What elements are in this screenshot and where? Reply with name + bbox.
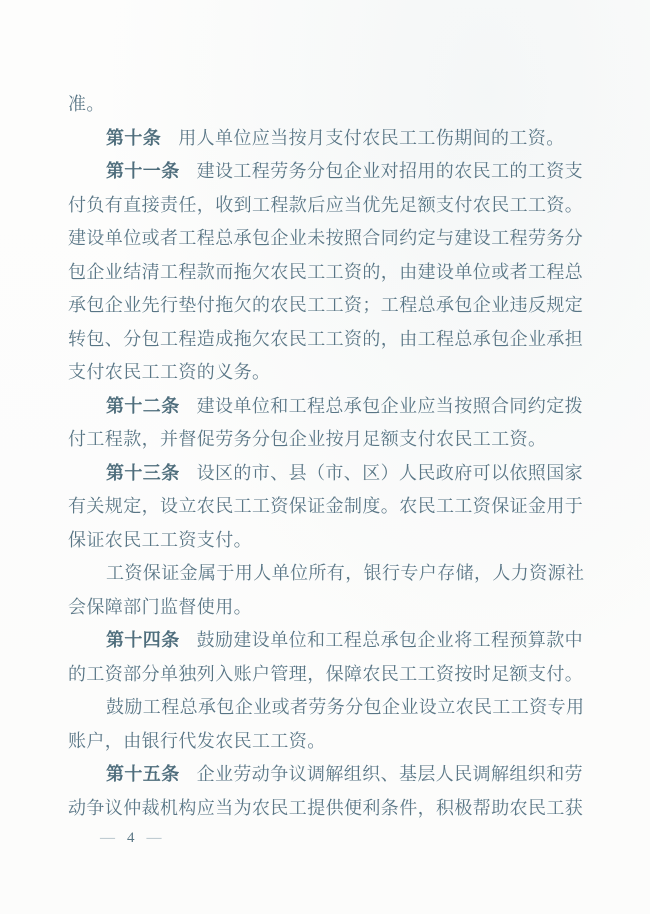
article-15-line: 第十五条企业劳动争议调解组织、基层人民调解组织和劳 xyxy=(68,758,584,792)
line-text: 鼓励建设单位和工程总承包企业将工程预算款中 xyxy=(197,630,583,650)
page-number: —4— xyxy=(100,830,162,847)
article-12-line: 第十二条建设单位和工程总承包企业应当按照合同约定拨 xyxy=(68,390,584,424)
text-line: 付工程款，并督促劳务分包企业按月足额支付农民工工资。 xyxy=(68,423,584,457)
article-13-line: 第十三条设区的市、县（市、区）人民政府可以依照国家 xyxy=(68,457,584,491)
text-line: 鼓励工程总承包企业或者劳务分包企业设立农民工工资专用 xyxy=(68,691,584,725)
line-text: 建设单位或者工程总承包企业未按照合同约定与建设工程劳务分 xyxy=(68,228,583,248)
text-line: 账户，由银行代发农民工工资。 xyxy=(68,725,584,759)
line-text: 有关规定，设立农民工工资保证金制度。农民工工资保证金用于 xyxy=(68,496,583,516)
text-line: 保证农民工工资支付。 xyxy=(68,524,584,558)
text-line: 会保障部门监督使用。 xyxy=(68,591,584,625)
text-line: 准。 xyxy=(68,88,584,122)
line-text: 包企业结清工程款而拖欠农民工工资的，由建设单位或者工程总 xyxy=(68,262,583,282)
article-number: 第十二条 xyxy=(106,396,180,416)
text-line: 转包、分包工程造成拖欠农民工工资的，由工程总承包企业承担 xyxy=(68,323,584,357)
line-text: 建设单位和工程总承包企业应当按照合同约定拨 xyxy=(197,396,583,416)
line-text: 设区的市、县（市、区）人民政府可以依照国家 xyxy=(197,463,583,483)
line-text: 承包企业先行垫付拖欠的农民工工资；工程总承包企业违反规定 xyxy=(68,295,583,315)
text-line: 的工资部分单独列入账户管理，保障农民工工资按时足额支付。 xyxy=(68,658,584,692)
article-number: 第十条 xyxy=(106,128,161,148)
line-text: 会保障部门监督使用。 xyxy=(68,597,252,617)
article-14-line: 第十四条鼓励建设单位和工程总承包企业将工程预算款中 xyxy=(68,624,584,658)
text-line: 付负有直接责任，收到工程款后应当优先足额支付农民工工资。 xyxy=(68,189,584,223)
text-line: 建设单位或者工程总承包企业未按照合同约定与建设工程劳务分 xyxy=(68,222,584,256)
line-text: 建设工程劳务分包企业对招用的农民工的工资支 xyxy=(197,161,583,181)
page-number-value: 4 xyxy=(127,830,135,846)
line-text: 动争议仲裁机构应当为农民工提供便利条件，积极帮助农民工获 xyxy=(68,798,583,818)
text-line: 有关规定，设立农民工工资保证金制度。农民工工资保证金用于 xyxy=(68,490,584,524)
article-number: 第十四条 xyxy=(106,630,180,650)
text-line: 承包企业先行垫付拖欠的农民工工资；工程总承包企业违反规定 xyxy=(68,289,584,323)
article-10-line: 第十条用人单位应当按月支付农民工工伤期间的工资。 xyxy=(68,122,584,156)
page-number-dash-left: — xyxy=(100,830,115,846)
document-body: 准。 第十条用人单位应当按月支付农民工工伤期间的工资。 第十一条建设工程劳务分包… xyxy=(68,88,584,825)
line-text: 企业劳动争议调解组织、基层人民调解组织和劳 xyxy=(197,764,583,784)
article-number: 第十五条 xyxy=(106,764,180,784)
line-text: 用人单位应当按月支付农民工工伤期间的工资。 xyxy=(178,128,564,148)
line-text: 的工资部分单独列入账户管理，保障农民工工资按时足额支付。 xyxy=(68,664,583,684)
line-text: 鼓励工程总承包企业或者劳务分包企业设立农民工工资专用 xyxy=(106,697,584,717)
line-text: 支付农民工工资的义务。 xyxy=(68,362,270,382)
line-text: 转包、分包工程造成拖欠农民工工资的，由工程总承包企业承担 xyxy=(68,329,583,349)
line-text: 保证农民工工资支付。 xyxy=(68,530,252,550)
line-text: 账户，由银行代发农民工工资。 xyxy=(68,731,326,751)
text-line: 包企业结清工程款而拖欠农民工工资的，由建设单位或者工程总 xyxy=(68,256,584,290)
article-11-line: 第十一条建设工程劳务分包企业对招用的农民工的工资支 xyxy=(68,155,584,189)
line-text: 付负有直接责任，收到工程款后应当优先足额支付农民工工资。 xyxy=(68,195,583,215)
article-number: 第十三条 xyxy=(106,463,180,483)
line-text: 付工程款，并督促劳务分包企业按月足额支付农民工工资。 xyxy=(68,429,546,449)
line-text: 工资保证金属于用人单位所有，银行专户存储，人力资源社 xyxy=(106,563,584,583)
text-line: 动争议仲裁机构应当为农民工提供便利条件，积极帮助农民工获 xyxy=(68,792,584,826)
page-number-dash-right: — xyxy=(147,830,162,846)
text-line: 支付农民工工资的义务。 xyxy=(68,356,584,390)
article-number: 第十一条 xyxy=(106,161,180,181)
text-line: 工资保证金属于用人单位所有，银行专户存储，人力资源社 xyxy=(68,557,584,591)
line-text: 准。 xyxy=(68,94,105,114)
scanned-document-page: 准。 第十条用人单位应当按月支付农民工工伤期间的工资。 第十一条建设工程劳务分包… xyxy=(0,0,650,914)
